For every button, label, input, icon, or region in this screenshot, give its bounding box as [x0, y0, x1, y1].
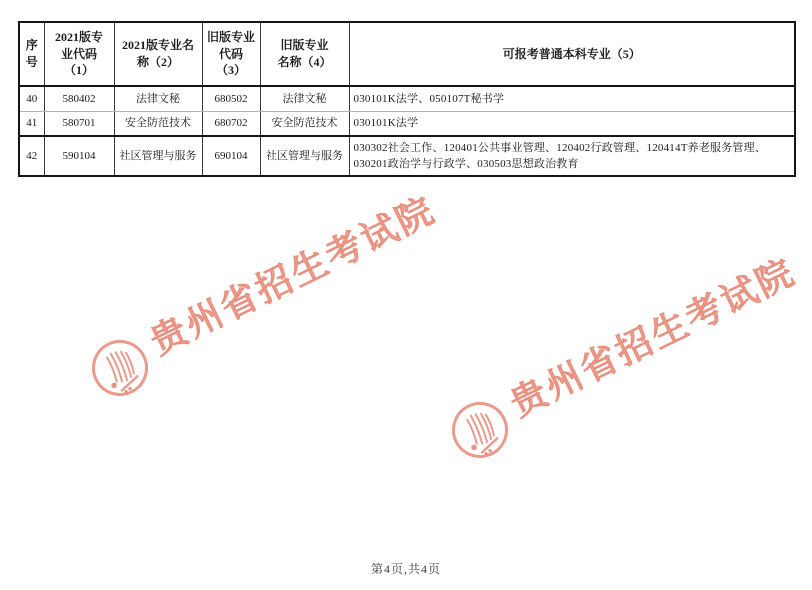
- cell-old-code: 680502: [202, 86, 260, 111]
- cell-seq: 42: [19, 136, 44, 176]
- header-new-name: 2021版专业名 称（2）: [114, 22, 202, 86]
- cell-new-code: 580402: [44, 86, 114, 111]
- cell-old-name: 法律文秘: [260, 86, 349, 111]
- cell-new-code: 590104: [44, 136, 114, 176]
- cell-old-name: 社区管理与服务: [260, 136, 349, 176]
- page-number-footer: 第4页,共4页: [0, 560, 812, 577]
- watermark-text: 贵州省招生考试院: [501, 244, 804, 427]
- table-row: 41 580701 安全防范技术 680702 安全防范技术 030101K法学: [19, 111, 795, 136]
- document-page: 序 号 2021版专 业代码 （1） 2021版专业名 称（2） 旧版专业 代码…: [0, 0, 812, 590]
- header-new-code: 2021版专 业代码 （1）: [44, 22, 114, 86]
- header-old-code: 旧版专业 代码 （3）: [202, 22, 260, 86]
- header-eligible-majors: 可报考普通本科专业（5）: [349, 22, 795, 86]
- header-old-name: 旧版专业 名称（4）: [260, 22, 349, 86]
- table-row: 40 580402 法律文秘 680502 法律文秘 030101K法学、050…: [19, 86, 795, 111]
- cell-eligible-majors: 030101K法学、050107T秘书学: [349, 86, 795, 111]
- cell-old-code: 680702: [202, 111, 260, 136]
- header-seq: 序 号: [19, 22, 44, 86]
- seal-icon: [80, 328, 162, 413]
- major-code-mapping-table: 序 号 2021版专 业代码 （1） 2021版专业名 称（2） 旧版专业 代码…: [18, 21, 796, 177]
- cell-seq: 40: [19, 86, 44, 111]
- cell-old-name: 安全防范技术: [260, 111, 349, 136]
- watermark-stamp: 贵州省招生考试院: [440, 249, 812, 475]
- table-row: 42 590104 社区管理与服务 690104 社区管理与服务 030302社…: [19, 136, 795, 176]
- watermark-text: 贵州省招生考试院: [141, 182, 444, 365]
- cell-seq: 41: [19, 111, 44, 136]
- watermark-stamp: 贵州省招生考试院: [80, 187, 452, 413]
- cell-new-name: 安全防范技术: [114, 111, 202, 136]
- seal-icon: [440, 390, 522, 475]
- cell-new-code: 580701: [44, 111, 114, 136]
- cell-new-name: 法律文秘: [114, 86, 202, 111]
- cell-eligible-majors: 030101K法学: [349, 111, 795, 136]
- cell-old-code: 690104: [202, 136, 260, 176]
- table-header-row: 序 号 2021版专 业代码 （1） 2021版专业名 称（2） 旧版专业 代码…: [19, 22, 795, 86]
- cell-eligible-majors: 030302社会工作、120401公共事业管理、120402行政管理、12041…: [349, 136, 795, 176]
- cell-new-name: 社区管理与服务: [114, 136, 202, 176]
